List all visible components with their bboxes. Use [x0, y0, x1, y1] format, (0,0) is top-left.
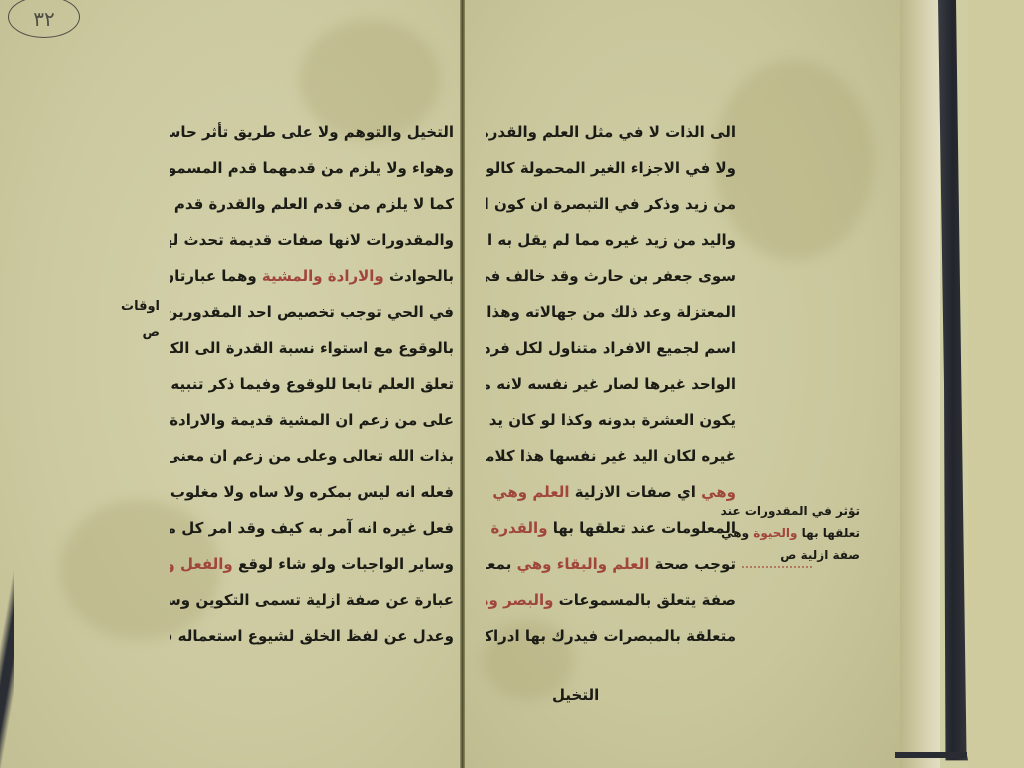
- rubric-word: وهي: [517, 555, 552, 573]
- background-surface: [968, 0, 1024, 768]
- text-line: اسم لجميع الافراد متناول لكل فرد مع اغيا…: [486, 330, 736, 366]
- text-line-with-rubric: المعلومات عند تعلقها بها والقدرة وهي صفة…: [486, 510, 736, 546]
- rubric-word: والقدرة: [490, 519, 547, 537]
- rubric-word: والبصر: [503, 591, 553, 609]
- folio-number: ٣٢: [8, 0, 80, 38]
- insertion-dotted-line: [742, 566, 812, 568]
- text-line: من زيد وذكر في التبصرة ان كون الواحد من …: [486, 186, 736, 222]
- margin-note-line: صفة ازلية ص: [750, 544, 860, 566]
- text-line: واليد من زيد غيره مما لم يقل به احد من ا…: [486, 222, 736, 258]
- rubric-word: وهي: [701, 483, 736, 501]
- text-line: بذات الله تعالى وعلى من زعم ان معنى اراد…: [170, 438, 454, 474]
- text-line: الى الذات لا في مثل العلم والقدرة مع ان …: [486, 114, 736, 150]
- left-margin-note: اوقات ص: [118, 294, 160, 346]
- catchword: التخيل: [552, 686, 599, 704]
- margin-note-line: تعلقها بها والحيوة وهي: [750, 522, 860, 544]
- rubric-word: العلم: [532, 483, 569, 501]
- text-line: الواحد غيرها لصار غير نفسه لانه من العشر…: [486, 366, 736, 402]
- text-line: ولا في الاجزاء الغير المحمولة كالواحد من…: [486, 150, 736, 186]
- text-line: على من زعم ان المشية قديمة والارادة حادث…: [170, 402, 454, 438]
- text-line: غيره لكان اليد غير نفسها هذا كلامه ولا ي…: [486, 438, 736, 474]
- margin-note-line: تؤثر في المقدورات عند: [750, 500, 860, 522]
- text-line-with-rubric: وساير الواجبات ولو شاء لوقع والفعل والتخ…: [170, 546, 454, 582]
- text-line: والمقدورات لانها صفات قديمة تحدث لها تعل…: [170, 222, 454, 258]
- text-line: في الحي توجب تخصيص احد المقدورين في احد …: [170, 294, 454, 330]
- page-block-edge: [900, 0, 940, 768]
- text-line: التخيل والتوهم ولا على طريق تأثر حاسة وو…: [170, 114, 454, 150]
- right-margin-note: تؤثر في المقدورات عند تعلقها بها والحيوة…: [750, 500, 860, 566]
- text-line: يكون العشرة بدونه وكذا لو كان يد زيد غير…: [486, 402, 736, 438]
- text-line: المعتزلة وعد ذلك من جهالاته وهذا لان الع…: [486, 294, 736, 330]
- left-cover-edge: [0, 560, 14, 768]
- text-line-with-rubric: صفة يتعلق بالمسموعات والبصر وهي صفة يتعل…: [486, 582, 736, 618]
- rubric-word: والارادة والمشية: [262, 267, 384, 285]
- rubric-word: وهي: [486, 591, 498, 609]
- text-line: بالوقوع مع استواء نسبة القدرة الى الكل و…: [170, 330, 454, 366]
- text-line: سوى جعفر بن حارث وقد خالف في ذلك جميع: [486, 258, 736, 294]
- text-line-with-rubric: وهي اي صفات الازلية العلم وهي صفة ازلية …: [486, 474, 736, 510]
- left-page-text: التخيل والتوهم ولا على طريق تأثر حاسة وو…: [170, 114, 454, 654]
- manuscript-spread: ٣٢ اوقات ص التخيل والتوهم ولا على طريق ت…: [0, 0, 1024, 768]
- rubric-word: والفعل والتخليق: [170, 555, 233, 573]
- rubric-word: وهي: [492, 483, 527, 501]
- text-line-with-rubric: بالحوادث والارادة والمشية وهما عبارتان ع…: [170, 258, 454, 294]
- text-line: فعله انه ليس بمكره ولا ساه ولا مغلوب او …: [170, 474, 454, 510]
- text-line: متعلقة بالمبصرات فيدرك بها ادراكا تاما ل…: [486, 618, 736, 654]
- book-cover-bottom-edge: [895, 752, 967, 758]
- rubric-word: والبقاء: [557, 555, 607, 573]
- text-line-with-rubric: توجب صحة العلم والبقاء وهي بمعنى القدرة …: [486, 546, 736, 582]
- rubric-word: العلم: [612, 555, 649, 573]
- text-line: تعلق العلم تابعا للوقوع وفيما ذكر تنبيه …: [170, 366, 454, 402]
- rubric-word: والحيوة: [753, 526, 797, 540]
- text-line: وهواء ولا يلزم من قدمهما قدم المسموعات و…: [170, 150, 454, 186]
- text-line: وعدل عن لفظ الخلق لشيوع استعماله في المخ…: [170, 618, 454, 654]
- book-gutter: [460, 0, 465, 768]
- water-stain: [714, 60, 874, 260]
- book-cover-spine: [938, 0, 968, 768]
- text-line: عبارة عن صفة ازلية تسمى التكوين وسيجيء ت…: [170, 582, 454, 618]
- left-page: ٣٢ اوقات ص التخيل والتوهم ولا على طريق ت…: [0, 0, 464, 768]
- right-page-text: الى الذات لا في مثل العلم والقدرة مع ان …: [486, 114, 736, 654]
- text-line: فعل غيره انه آمر به كيف وقد امر كل مكلف …: [170, 510, 454, 546]
- text-line: كما لا يلزم من قدم العلم والقدرة قدم الم…: [170, 186, 454, 222]
